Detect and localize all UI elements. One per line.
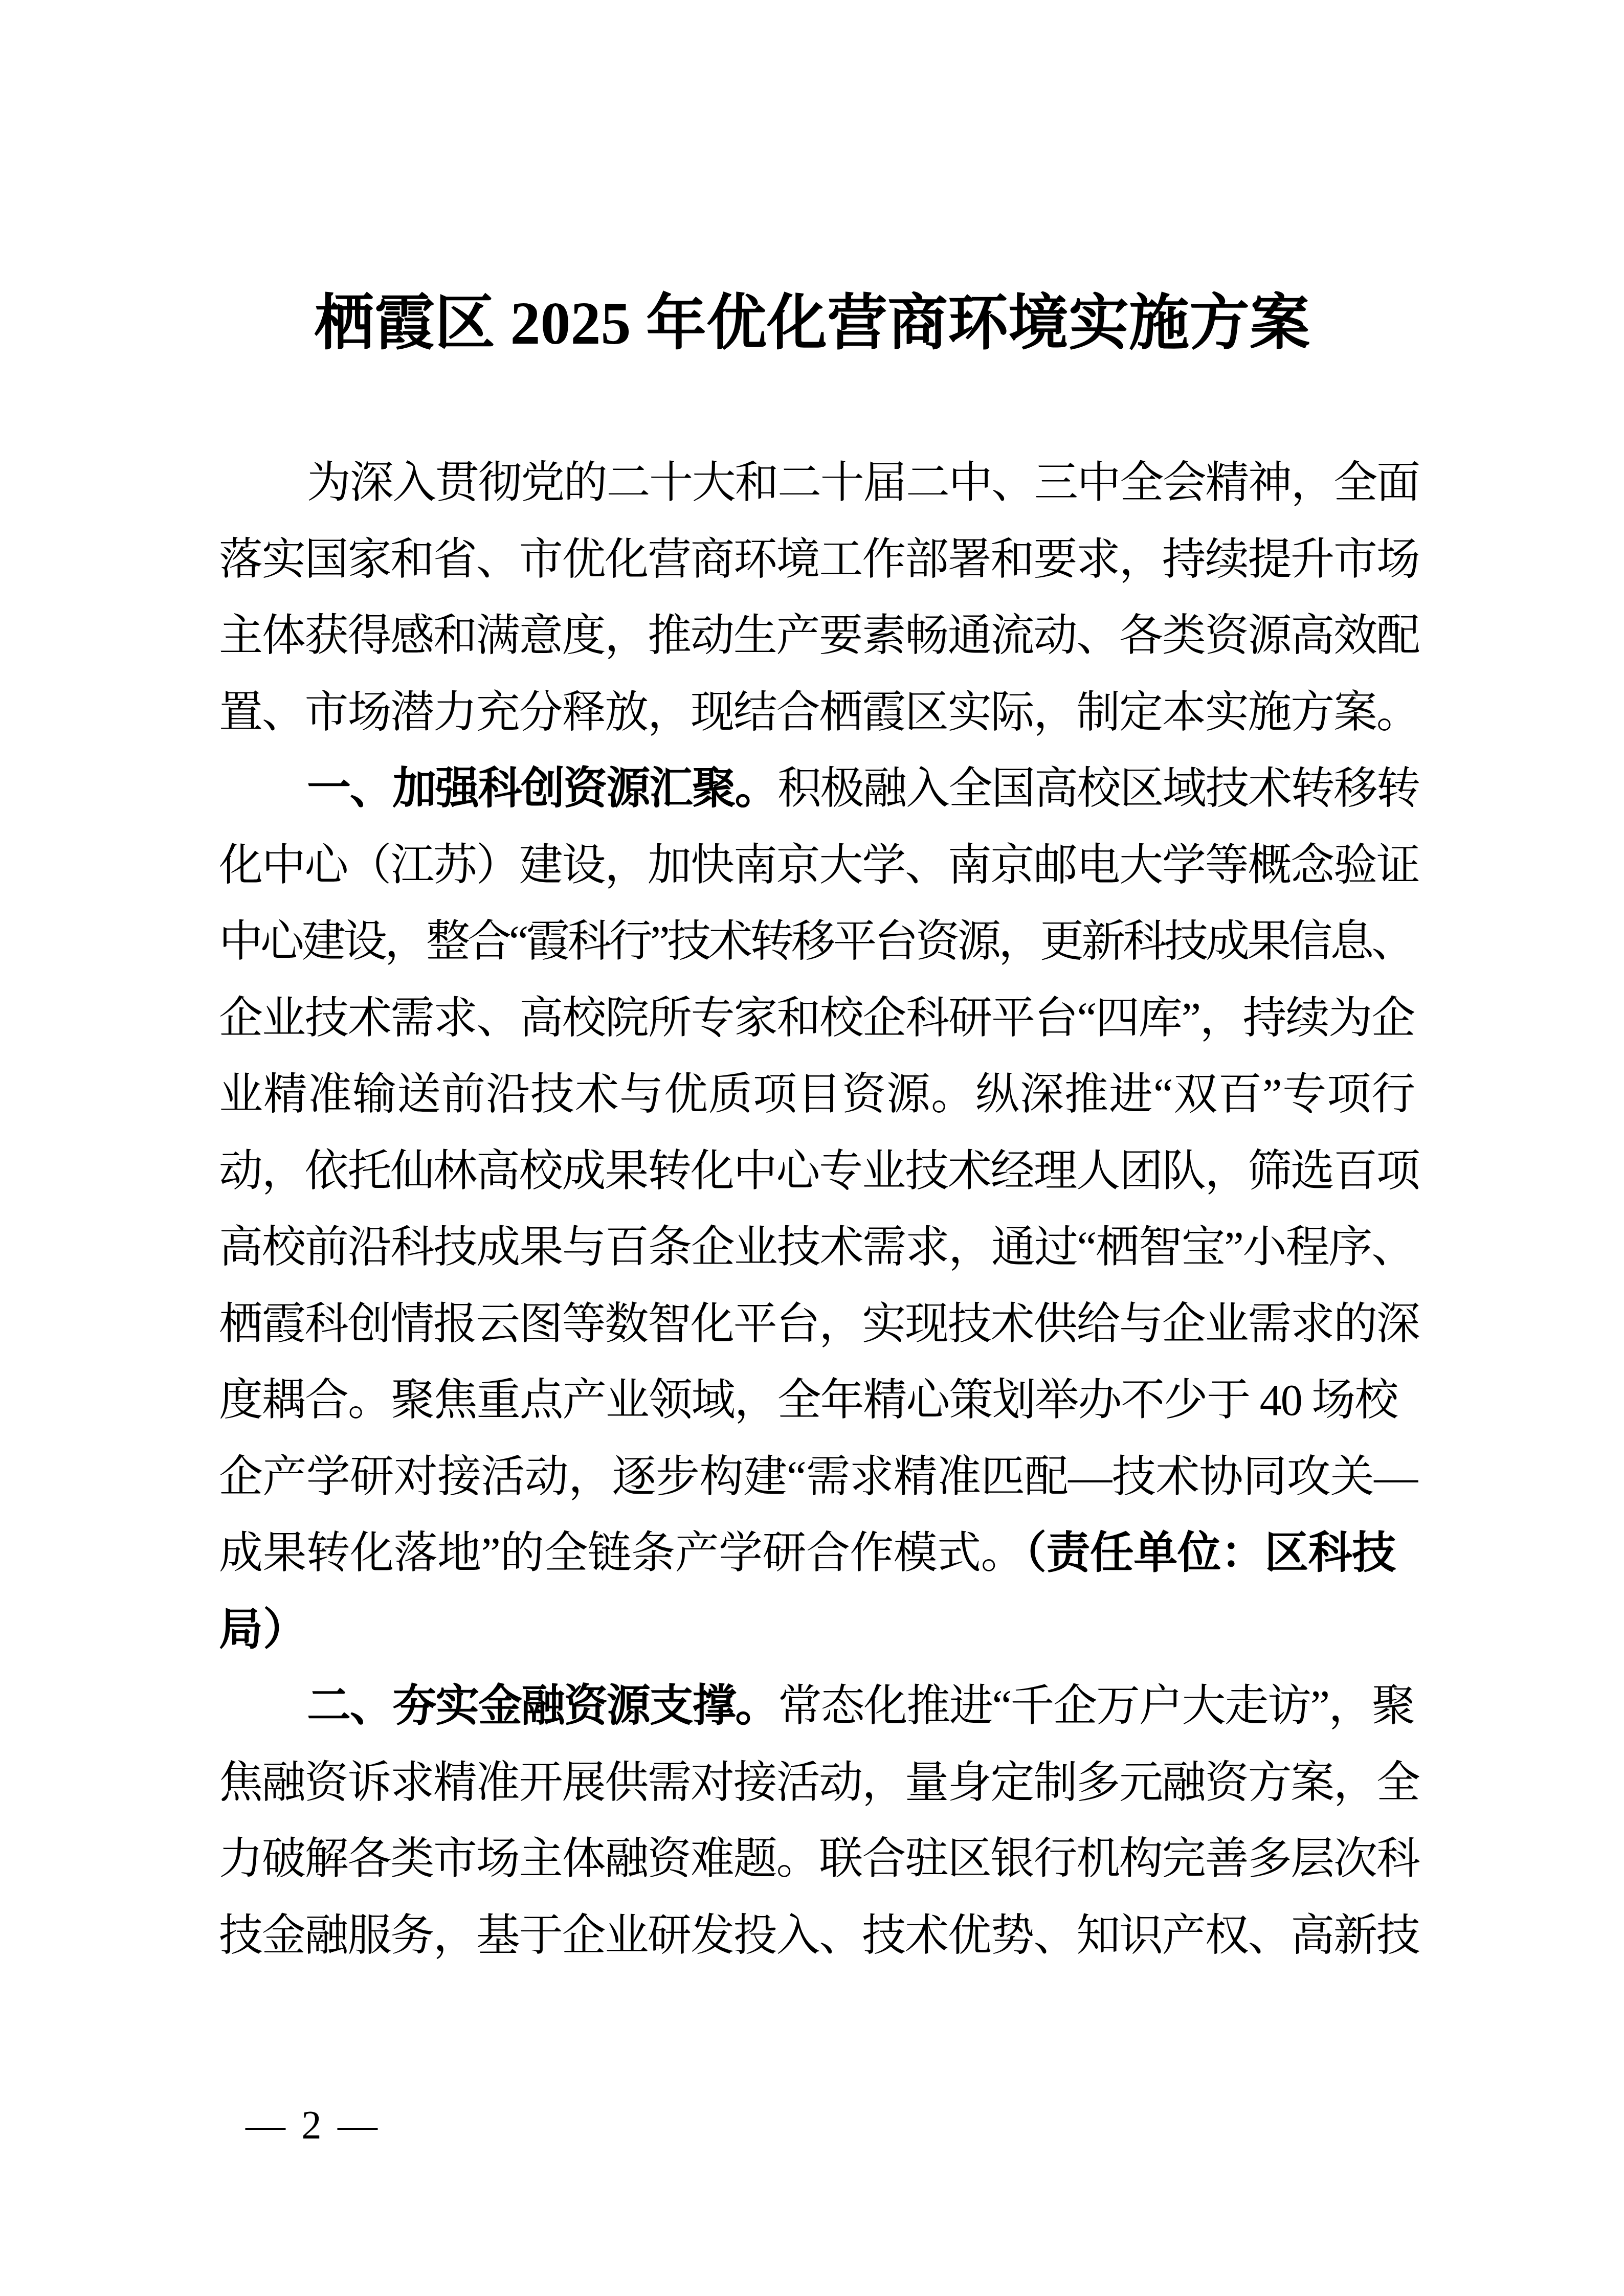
text-line: 化中心（江苏）建设，加快南京大学、南京邮电大学等概念验证	[219, 827, 1498, 904]
text-line: 度耦合。聚焦重点产业领域，全年精心策划举办不少于 40 场校	[219, 1362, 1498, 1439]
text-segment: 化中心（江苏）建设，加快南京大学、南京邮电大学等概念验证	[219, 841, 1419, 890]
text-segment: 成果转化落地”的全链条产学研合作模式。	[219, 1528, 1025, 1578]
document-body: 为深入贯彻党的二十大和二十届二中、三中全会精神，全面落实国家和省、市优化营商环境…	[219, 445, 1498, 1974]
text-line: 成果转化落地”的全链条产学研合作模式。（责任单位：区科技	[219, 1515, 1498, 1592]
bold-text-segment: （责任单位：区科技	[1025, 1528, 1396, 1578]
text-segment: 企业技术需求、高校院所专家和校企科研平台“四库”，持续为企	[219, 994, 1414, 1043]
text-segment: 置、市场潜力充分释放，现结合栖霞区实际，制定本实施方案。	[219, 688, 1419, 737]
text-segment: 为深入贯彻党的二十大和二十届二中、三中全会精神，全面	[307, 458, 1419, 507]
text-line: 一、加强科创资源汇聚。积极融入全国高校区域技术转移转	[219, 751, 1498, 827]
text-line: 业精准输送前沿技术与优质项目资源。纵深推进“双百”专项行	[219, 1056, 1498, 1133]
text-line: 企产学研对接活动，逐步构建“需求精准匹配—技术协同攻关—	[219, 1439, 1498, 1516]
text-segment: 积极融入全国高校区域技术转移转	[777, 764, 1419, 813]
bold-text-segment: 一、加强科创资源汇聚。	[307, 764, 777, 813]
document-page: 栖霞区 2025 年优化营商环境实施方案 为深入贯彻党的二十大和二十届二中、三中…	[0, 0, 1624, 2296]
text-line: 技金融服务，基于企业研发投入、技术优势、知识产权、高新技	[219, 1898, 1498, 1974]
text-line: 焦融资诉求精准开展供需对接活动，量身定制多元融资方案，全	[219, 1745, 1498, 1821]
text-segment: 动，依托仙林高校成果转化中心专业技术经理人团队，筛选百项	[219, 1146, 1419, 1196]
text-line: 高校前沿科技成果与百条企业技术需求，通过“栖智宝”小程序、	[219, 1209, 1498, 1286]
page-number: — 2 —	[246, 2099, 381, 2150]
text-segment: 企产学研对接活动，逐步构建“需求精准匹配—技术协同攻关—	[219, 1452, 1418, 1501]
text-line: 置、市场潜力充分释放，现结合栖霞区实际，制定本实施方案。	[219, 674, 1498, 751]
text-segment: 主体获得感和满意度，推动生产要素畅通流动、各类资源高效配	[219, 611, 1419, 660]
text-segment: 高校前沿科技成果与百条企业技术需求，通过“栖智宝”小程序、	[219, 1223, 1414, 1272]
text-line: 栖霞科创情报云图等数智化平台，实现技术供给与企业需求的深	[219, 1286, 1498, 1363]
text-line: 为深入贯彻党的二十大和二十届二中、三中全会精神，全面	[219, 445, 1498, 522]
text-segment: 落实国家和省、市优化营商环境工作部署和要求，持续提升市场	[219, 535, 1419, 584]
document-title: 栖霞区 2025 年优化营商环境实施方案	[0, 283, 1624, 365]
text-segment: 度耦合。聚焦重点产业领域，全年精心策划举办不少于 40 场校	[219, 1376, 1397, 1425]
text-line: 局）	[219, 1592, 1498, 1669]
text-segment: 业精准输送前沿技术与优质项目资源。纵深推进“双百”专项行	[219, 1070, 1416, 1119]
text-line: 落实国家和省、市优化营商环境工作部署和要求，持续提升市场	[219, 522, 1498, 598]
text-segment: 焦融资诉求精准开展供需对接活动，量身定制多元融资方案，全	[219, 1758, 1419, 1807]
text-line: 动，依托仙林高校成果转化中心专业技术经理人团队，筛选百项	[219, 1133, 1498, 1210]
text-segment: 中心建设，整合“霞科行”技术转移平台资源，更新科技成果信息、	[219, 917, 1413, 966]
text-segment: 力破解各类市场主体融资难题。联合驻区银行机构完善多层次科	[219, 1834, 1419, 1883]
text-line: 二、夯实金融资源支撑。常态化推进“千企万户大走访”，聚	[219, 1668, 1498, 1745]
text-segment: 技金融服务，基于企业研发投入、技术优势、知识产权、高新技	[219, 1911, 1419, 1960]
text-line: 力破解各类市场主体融资难题。联合驻区银行机构完善多层次科	[219, 1821, 1498, 1898]
bold-text-segment: 二、夯实金融资源支撑。	[307, 1681, 778, 1730]
text-segment: 常态化推进“千企万户大走访”，聚	[778, 1681, 1414, 1730]
text-line: 中心建设，整合“霞科行”技术转移平台资源，更新科技成果信息、	[219, 904, 1498, 980]
text-line: 企业技术需求、高校院所专家和校企科研平台“四库”，持续为企	[219, 980, 1498, 1057]
text-line: 主体获得感和满意度，推动生产要素畅通流动、各类资源高效配	[219, 598, 1498, 674]
bold-text-segment: 局）	[219, 1605, 307, 1654]
text-segment: 栖霞科创情报云图等数智化平台，实现技术供给与企业需求的深	[219, 1299, 1419, 1348]
